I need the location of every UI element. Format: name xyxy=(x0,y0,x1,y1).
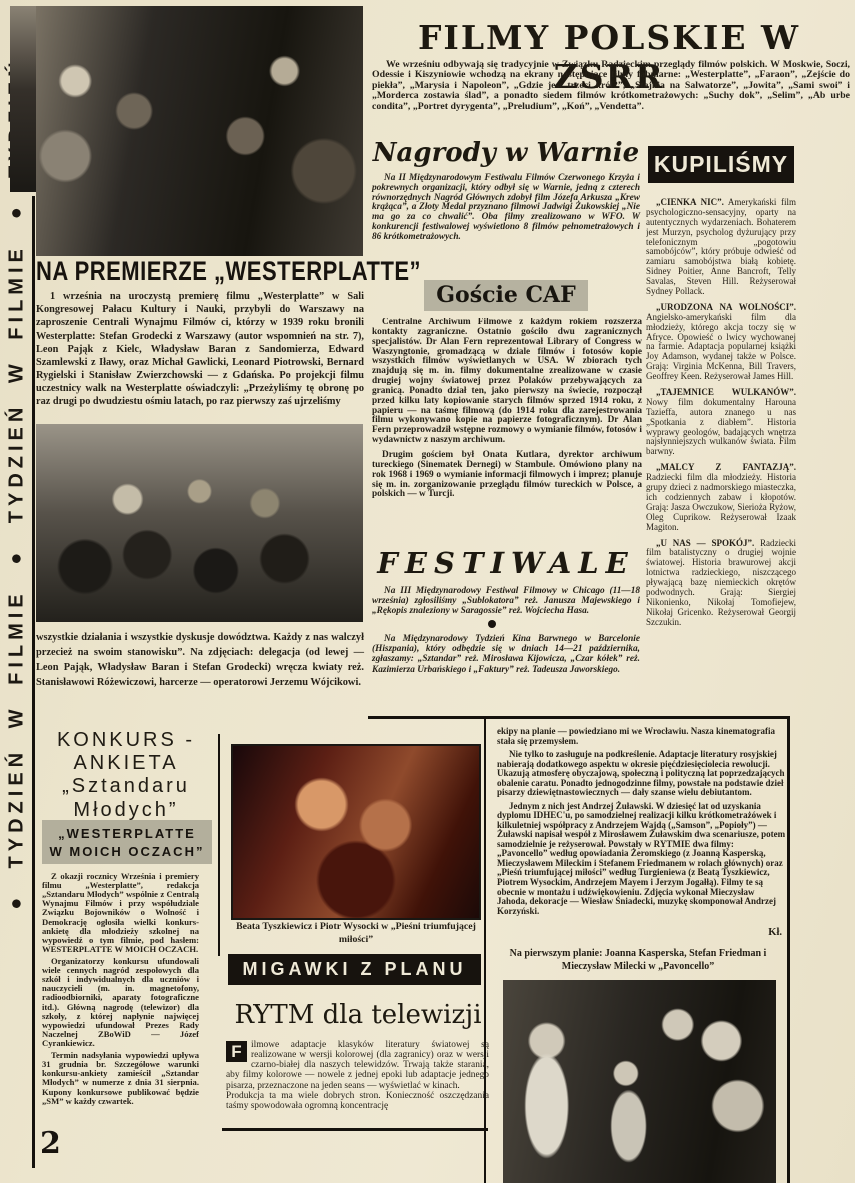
film-description: Radziecki film dla młodzieży. Historia g… xyxy=(646,472,796,531)
caf-body: Centralne Archiwum Filmowe z każdym roki… xyxy=(372,318,642,544)
right-column-body: ekipy na planie — powiedziano mi we Wroc… xyxy=(497,727,786,927)
film-title: „URODZONA NA WOLNOŚCI”. xyxy=(656,302,796,312)
film-description: Radziecki film batalistyczny o drugiej w… xyxy=(646,538,796,627)
right-box-right-border xyxy=(787,716,790,1183)
warna-awards-heading: Nagrody w Warnie xyxy=(372,138,640,168)
right-column-paragraph: Nie tylko to zasługuje na podkreślenie. … xyxy=(497,750,786,798)
warna-awards-body: Na II Międzynarodowym Festiwalu Filmów C… xyxy=(372,174,640,242)
konkurs-heading-line: KONKURS - xyxy=(38,730,214,751)
kupilismy-banner: KUPILIŚMY xyxy=(648,146,794,183)
pavoncello-photo-caption: Na pierwszym planie: Joanna Kasperska, S… xyxy=(505,947,771,973)
kupilismy-item: „URODZONA NA WOLNOŚCI”. Angielsko-ameryk… xyxy=(646,303,796,382)
section-divider-rule xyxy=(368,716,790,719)
slogan-line: „WESTERPLATTE xyxy=(42,825,212,843)
rytm-body: Filmowe adaptacje klasyków literatury św… xyxy=(226,1040,489,1124)
section-divider-dot-icon xyxy=(488,620,496,628)
caf-paragraph: Drugim gościem był Onata Kutlara, dyrekt… xyxy=(372,451,642,500)
premiere-body: 1 września na uroczystą premierę filmu „… xyxy=(36,290,364,409)
pavoncello-photo xyxy=(503,980,776,1183)
audience-photo-caption: wszystkie działania i wszystkie dyskusje… xyxy=(36,630,364,690)
magazine-page: ● TYDZIEŃ W FILMIE ● TYDZIEŃ W FILMIE ● … xyxy=(0,0,855,1183)
film-title: „TAJEMNICE WULKANÓW”. xyxy=(656,387,796,397)
konkurs-body: Z okazji rocznicy Września i premiery fi… xyxy=(42,872,199,1128)
author-signature: Kł. xyxy=(690,927,782,938)
slogan-line: W MOICH OCZACH” xyxy=(42,843,212,861)
right-column-paragraph: Jednym z nich jest Andrzej Żuławski. W d… xyxy=(497,802,786,916)
premiere-photo xyxy=(36,6,363,256)
rytm-paragraph-text: ilmowe adaptacje klasyków literatury świ… xyxy=(226,1040,489,1091)
film-title: „CIENKA NIĆ”. xyxy=(656,198,724,207)
kupilismy-item: „CIENKA NIĆ”. Amerykański film psycholog… xyxy=(646,198,796,297)
film-description: Amerykański film psychologiczno-sensacyj… xyxy=(646,198,796,296)
caf-paragraph: Centralne Archiwum Filmowe z każdym roki… xyxy=(372,318,642,446)
film-description: Angielsko-amerykański film dla młodzieży… xyxy=(646,312,796,381)
rytm-paragraph: Produkcja ta ma wiele dobrych stron. Kon… xyxy=(226,1091,489,1111)
festivals-heading: FESTIWALE xyxy=(372,546,640,580)
konkurs-paragraph: Termin nadsyłania wypowiedzi upływa 31 g… xyxy=(42,1051,199,1106)
rytm-bottom-rule xyxy=(222,1128,488,1131)
kupilismy-item: „U NAS — SPOKÓJ”. Radziecki film batalis… xyxy=(646,539,796,628)
kupilismy-item: „TAJEMNICE WULKANÓW”. Nowy film dokument… xyxy=(646,388,796,457)
premiere-heading: NA PREMIERZE „WESTERPLATTE” xyxy=(36,256,366,287)
kupilismy-item: „MALCY Z FANTAZJĄ”. Radziecki film dla m… xyxy=(646,463,796,532)
film-title: „U NAS — SPOKÓJ”. xyxy=(656,538,754,548)
right-column-paragraph: ekipy na planie — powiedziano mi we Wroc… xyxy=(497,727,786,746)
festivals-paragraph: Na Międzynarodowy Tydzień Kina Barwnego … xyxy=(372,634,640,675)
romance-film-photo xyxy=(231,744,481,920)
kupilismy-list: „CIENKA NIĆ”. Amerykański film psycholog… xyxy=(646,198,796,712)
konkurs-paragraph: Organizatorzy konkursu ufundowali wiele … xyxy=(42,957,199,1048)
festivals-paragraph: Na III Międzynarodowy Festiwal Filmowy w… xyxy=(372,586,640,617)
rytm-heading: RYTM dla telewizji xyxy=(228,1000,488,1030)
westerplatte-slogan-box: „WESTERPLATTE W MOICH OCZACH” xyxy=(42,820,212,864)
konkurs-heading-line: Młodych” xyxy=(38,800,214,821)
page-number: 2 xyxy=(40,1126,61,1161)
konkurs-heading-line: „Sztandaru xyxy=(38,776,214,797)
romance-photo-caption: Beata Tyszkiewicz i Piotr Wysocki w „Pie… xyxy=(231,921,481,946)
konkurs-paragraph: Z okazji rocznicy Września i premiery fi… xyxy=(42,872,199,954)
premiere-photo-edge xyxy=(10,6,36,192)
film-description: Nowy film dokumentalny Harouna Tazieffa,… xyxy=(646,397,796,456)
konkurs-heading: KONKURS - ANKIETA „Sztandaru Młodych” xyxy=(38,730,214,823)
caf-heading: Goście CAF xyxy=(424,280,588,311)
konkurs-heading-line: ANKIETA xyxy=(38,753,214,774)
sidebar-rule xyxy=(32,196,35,1168)
migawki-banner: MIGAWKI Z PLANU xyxy=(228,954,481,985)
film-title: „MALCY Z FANTAZJĄ”. xyxy=(656,462,796,472)
drop-cap: F xyxy=(226,1041,247,1062)
intro-paragraph: We wrześniu odbywają się tradycyjnie w Z… xyxy=(372,60,850,112)
rytm-paragraph: Filmowe adaptacje klasyków literatury św… xyxy=(226,1040,489,1091)
audience-photo xyxy=(36,424,363,622)
column-divider-rule xyxy=(218,734,220,956)
